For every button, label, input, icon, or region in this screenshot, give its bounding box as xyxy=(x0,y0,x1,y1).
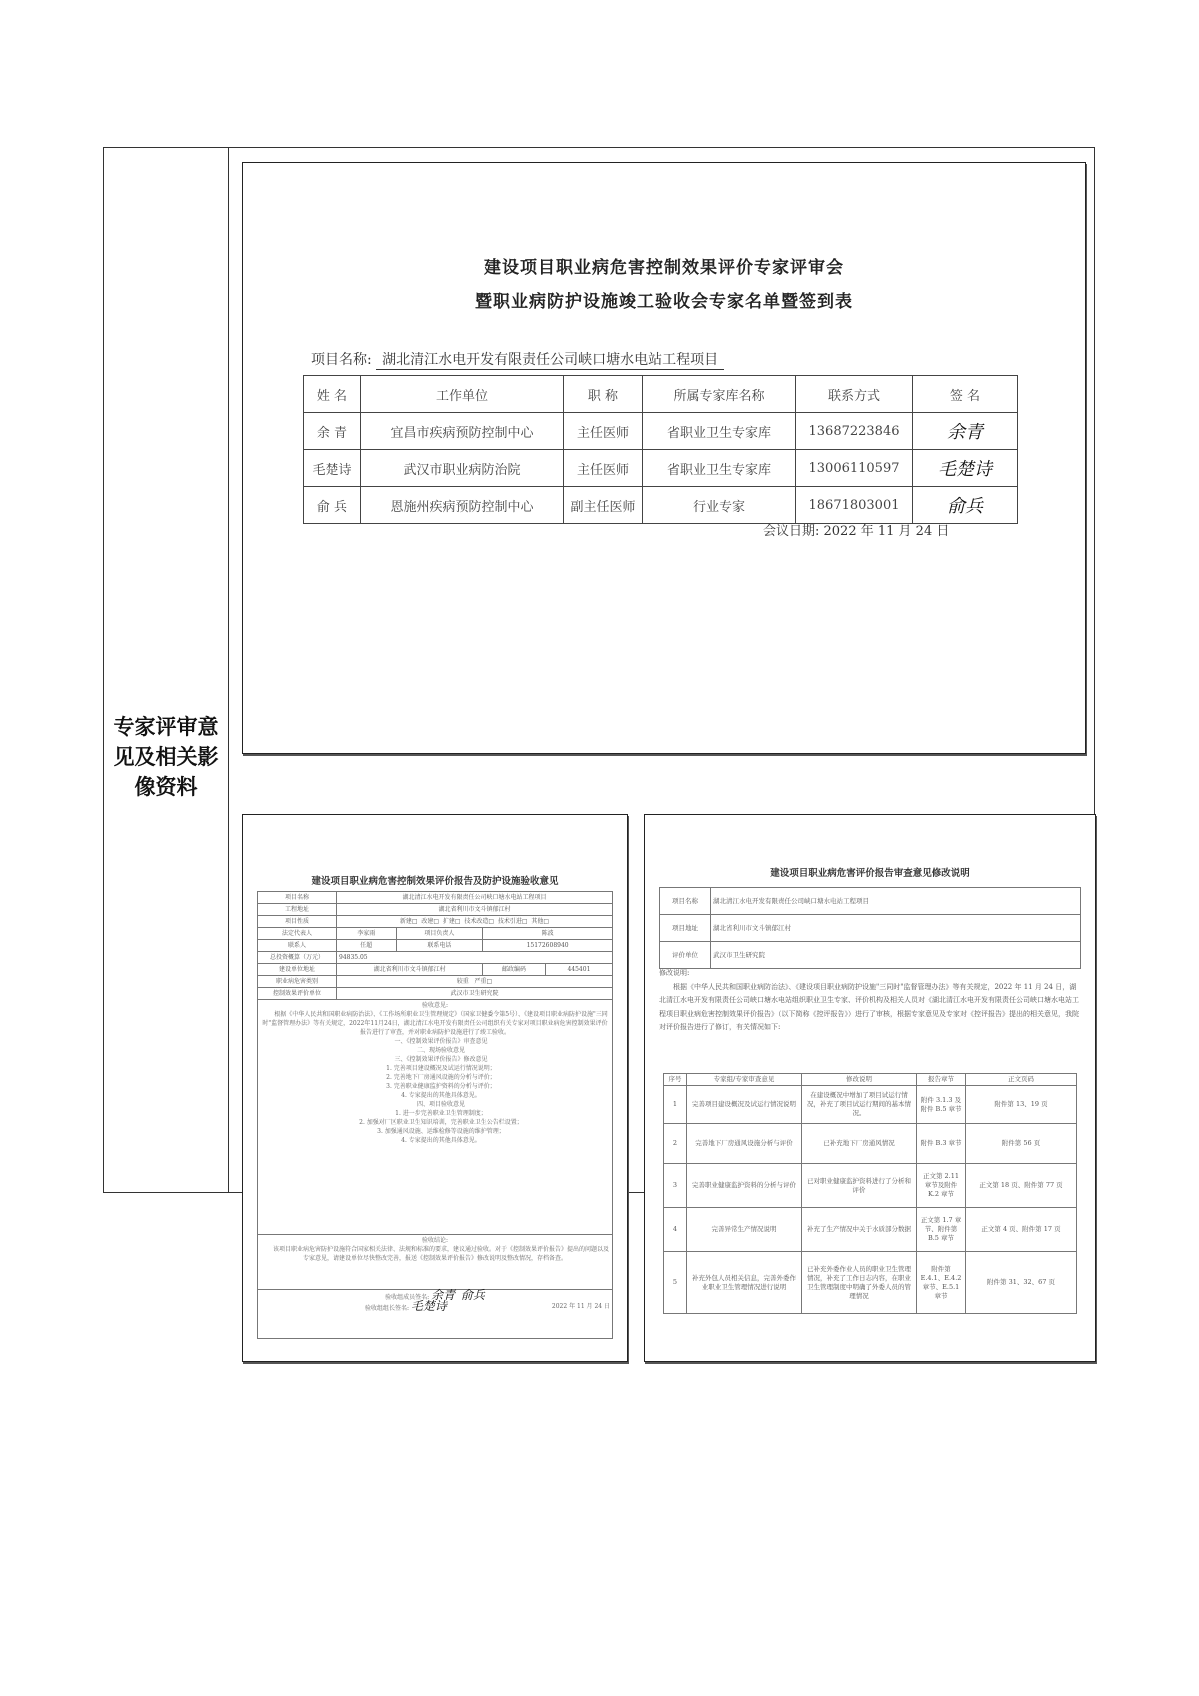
cell-section: 正文第 1.7 章节、附件第 B.5 章节 xyxy=(917,1208,966,1252)
field-label: 邮政编码 xyxy=(483,964,546,976)
section-label: 专家评审意见及相关影像资料 xyxy=(108,712,224,802)
opinion-paragraph: 三、《控制效果评价报告》修改意见 xyxy=(260,1055,610,1064)
field-label: 项目名称 xyxy=(258,892,337,904)
table-row: 1 完善项目建设概况及试运行情况说明 在建设概况中增加了项目试运行情况，补充了项… xyxy=(664,1086,1077,1124)
field-value: 湖北省利川市文斗镇郁江村 xyxy=(711,915,1081,942)
header-section: 报告章节 xyxy=(917,1074,966,1086)
revision-title: 建设项目职业病危害评价报告审查意见修改说明 xyxy=(645,865,1095,879)
revision-notes-image: 建设项目职业病危害评价报告审查意见修改说明 项目名称湖北清江水电开发有限责任公司… xyxy=(644,814,1096,1362)
leader-sign-label: 验收组组长签名: xyxy=(365,1305,409,1312)
cell-no: 5 xyxy=(664,1252,687,1314)
opinion-paragraph: 四、项目验收意见 xyxy=(260,1100,610,1109)
sign-in-sheet-image: 建设项目职业病危害控制效果评价专家评审会 暨职业病防护设施竣工验收会专家名单暨签… xyxy=(242,162,1086,754)
cell-page: 附件第 13、19 页 xyxy=(966,1086,1077,1124)
cell-name: 余 青 xyxy=(304,413,361,450)
cell-library: 省职业卫生专家库 xyxy=(643,450,796,487)
option: 技术引进□ xyxy=(498,918,528,925)
conclusion-heading: 验收结论: xyxy=(260,1236,610,1245)
cell-library: 省职业卫生专家库 xyxy=(643,413,796,450)
cell-opinion: 完善职业健康监护资料的分析与评价 xyxy=(687,1164,802,1208)
table-header-row: 姓 名 工作单位 职 称 所属专家库名称 联系方式 签 名 xyxy=(304,376,1018,413)
header-page: 正文页码 xyxy=(966,1074,1077,1086)
header-name: 姓 名 xyxy=(304,376,361,413)
cell-opinion: 完善项目建设概况及试运行情况说明 xyxy=(687,1086,802,1124)
cell-phone: 13006110597 xyxy=(796,450,913,487)
sign-in-title-line2: 暨职业病防护设施竣工验收会专家名单暨签到表 xyxy=(243,287,1085,312)
cell-change: 已补充外委作业人员的职业卫生管理情况，补充了工作日志内容，在职业卫生管理制度中明… xyxy=(802,1252,917,1314)
opinion-cell: 验收意见: 根据《中华人民共和国职业病防治法》、《工作场所职业卫生管理规定》（国… xyxy=(258,1000,613,1235)
cell-no: 2 xyxy=(664,1124,687,1164)
revision-info-table: 项目名称湖北清江水电开发有限责任公司峡口塘水电站工程项目 项目地址湖北省利川市文… xyxy=(659,887,1081,969)
field-value: 445401 xyxy=(545,964,612,976)
field-value: 15172608940 xyxy=(483,940,613,952)
opinion-paragraph: 3. 加强通风设施、运维检修等设施的维护管理； xyxy=(260,1127,610,1136)
table-row: 俞 兵 恩施州疾病预防控制中心 副主任医师 行业专家 18671803001 俞… xyxy=(304,487,1018,524)
acceptance-title: 建设项目职业病危害控制效果评价报告及防护设施验收意见 xyxy=(243,873,627,887)
revision-body-heading: 修改说明: xyxy=(659,967,1081,981)
cell-title: 主任医师 xyxy=(564,413,643,450)
column-divider xyxy=(228,147,229,1193)
field-label: 项目地址 xyxy=(660,915,711,942)
field-label: 职业病危害类别 xyxy=(258,976,337,988)
header-no: 序号 xyxy=(664,1074,687,1086)
opinion-paragraph: 4. 专家提出的其他具体意见。 xyxy=(260,1136,610,1145)
field-options: 较重 严重□ xyxy=(337,976,613,988)
conclusion-text: 该项目职业病危害防护设施符合国家相关法律、法规和标准的要求，建议通过验收。对于《… xyxy=(260,1245,610,1263)
header-unit: 工作单位 xyxy=(361,376,564,413)
field-value: 湖北清江水电开发有限责任公司峡口塘水电站工程项目 xyxy=(337,892,613,904)
field-value: 湖北清江水电开发有限责任公司峡口塘水电站工程项目 xyxy=(711,888,1081,915)
opinion-paragraph: 一、《控制效果评价报告》审查意见 xyxy=(260,1037,610,1046)
field-label: 工程地址 xyxy=(258,904,337,916)
header-change: 修改说明 xyxy=(802,1074,917,1086)
field-label: 总投资概算（万元） xyxy=(258,952,337,964)
cell-signature: 余青 xyxy=(913,413,1018,450)
field-options: 新建□ 改建□ 扩建□ 技术改造□ 技术引进□ 其他□ xyxy=(337,916,613,928)
cell-no: 4 xyxy=(664,1208,687,1252)
project-name-value: 湖北清江水电开发有限责任公司峡口塘水电站工程项目 xyxy=(376,352,724,370)
header-library: 所属专家库名称 xyxy=(643,376,796,413)
cell-title: 主任医师 xyxy=(564,450,643,487)
cell-change: 已对职业健康监护资料进行了分析和评价 xyxy=(802,1164,917,1208)
cell-no: 1 xyxy=(664,1086,687,1124)
acceptance-opinion-image: 建设项目职业病危害控制效果评价报告及防护设施验收意见 项目名称湖北清江水电开发有… xyxy=(242,814,628,1362)
field-label: 项目名称 xyxy=(660,888,711,915)
cell-opinion: 补充外包人员相关信息，完善外委作业职业卫生管理情况进行说明 xyxy=(687,1252,802,1314)
cell-name: 毛楚诗 xyxy=(304,450,361,487)
sign-in-title-line1: 建设项目职业病危害控制效果评价专家评审会 xyxy=(243,253,1085,278)
header-signature: 签 名 xyxy=(913,376,1018,413)
project-name-line: 项目名称: 湖北清江水电开发有限责任公司峡口塘水电站工程项目 xyxy=(311,349,724,369)
table-row: 余 青 宜昌市疾病预防控制中心 主任医师 省职业卫生专家库 1368722384… xyxy=(304,413,1018,450)
field-label: 评价单位 xyxy=(660,942,711,969)
acceptance-date: 2022 年 11 月 24 日 xyxy=(552,1302,610,1311)
field-label: 项目负责人 xyxy=(396,928,483,940)
signature: 俞兵 xyxy=(461,1288,485,1302)
opinion-paragraph: 4. 专家提出的其他具体意见。 xyxy=(260,1091,610,1100)
header-phone: 联系方式 xyxy=(796,376,913,413)
table-row: 5 补充外包人员相关信息，完善外委作业职业卫生管理情况进行说明 已补充外委作业人… xyxy=(664,1252,1077,1314)
option: 技术改造□ xyxy=(464,918,494,925)
cell-opinion: 完善地下厂房通风设施分析与评价 xyxy=(687,1124,802,1164)
opinion-paragraph: 2. 完善地下厂房通风设施的分析与评价； xyxy=(260,1073,610,1082)
field-value: 湖北省利川市文斗镇郁江村 xyxy=(337,904,613,916)
field-value: 李家雨 xyxy=(337,928,397,940)
revision-body: 修改说明: 根据《中华人民共和国职业病防治法》、《建设项目职业病防护设施"三同时… xyxy=(659,967,1081,1035)
header-title: 职 称 xyxy=(564,376,643,413)
cell-name: 俞 兵 xyxy=(304,487,361,524)
cell-change: 已补充地下厂房通风情况 xyxy=(802,1124,917,1164)
opinion-heading: 验收意见: xyxy=(260,1001,610,1010)
field-label: 法定代表人 xyxy=(258,928,337,940)
conclusion-cell: 验收结论: 该项目职业病危害防护设施符合国家相关法律、法规和标准的要求，建议通过… xyxy=(258,1235,613,1290)
field-value: 陈波 xyxy=(483,928,613,940)
cell-unit: 宜昌市疾病预防控制中心 xyxy=(361,413,564,450)
opinion-paragraph: 二、现场验收意见 xyxy=(260,1046,610,1055)
signature: 毛楚诗 xyxy=(411,1299,447,1313)
cell-library: 行业专家 xyxy=(643,487,796,524)
revision-body-text: 根据《中华人民共和国职业病防治法》、《建设项目职业病防护设施"三同时"监督管理办… xyxy=(659,981,1081,1035)
project-name-label: 项目名称: xyxy=(311,352,372,368)
opinion-paragraph: 1. 进一步完善职业卫生管理制度； xyxy=(260,1109,610,1118)
cell-change: 在建设概况中增加了项目试运行情况，补充了项目试运行期间的基本情况。 xyxy=(802,1086,917,1124)
signature-cell: 验收组成员签名: 余青 俞兵 验收组组长签名: 毛楚诗 2022 年 11 月 … xyxy=(258,1290,613,1339)
field-value: 任超 xyxy=(337,940,397,952)
option: 其他□ xyxy=(531,918,549,925)
field-value: 武汉市卫生研究院 xyxy=(337,988,613,1000)
field-value: 94835.05 xyxy=(337,952,613,964)
cell-page: 附件第 56 页 xyxy=(966,1124,1077,1164)
field-value: 湖北省利川市文斗镇郁江村 xyxy=(337,964,483,976)
table-row: 4 完善异常生产情况说明 补充了生产情况中关于水质部分数据 正文第 1.7 章节… xyxy=(664,1208,1077,1252)
cell-section: 正文第 2.11 章节及附件 K.2 章节 xyxy=(917,1164,966,1208)
field-label: 联系电话 xyxy=(396,940,483,952)
field-label: 控制效果评价单位 xyxy=(258,988,337,1000)
cell-section: 附件 3.1.3 及附件 B.5 章节 xyxy=(917,1086,966,1124)
cell-phone: 13687223846 xyxy=(796,413,913,450)
opinion-paragraph: 根据《中华人民共和国职业病防治法》、《工作场所职业卫生管理规定》（国家卫健委令第… xyxy=(260,1010,610,1037)
cell-section: 附件 B.3 章节 xyxy=(917,1124,966,1164)
cell-no: 3 xyxy=(664,1164,687,1208)
cell-opinion: 完善异常生产情况说明 xyxy=(687,1208,802,1252)
cell-signature: 俞兵 xyxy=(913,487,1018,524)
cell-page: 正文第 18 页、附件第 77 页 xyxy=(966,1164,1077,1208)
header-opinion: 专家组/专家审查意见 xyxy=(687,1074,802,1086)
table-row: 2 完善地下厂房通风设施分析与评价 已补充地下厂房通风情况 附件 B.3 章节 … xyxy=(664,1124,1077,1164)
cell-title: 副主任医师 xyxy=(564,487,643,524)
field-label: 项目性质 xyxy=(258,916,337,928)
field-value: 武汉市卫生研究院 xyxy=(711,942,1081,969)
table-header-row: 序号 专家组/专家审查意见 修改说明 报告章节 正文页码 xyxy=(664,1074,1077,1086)
cell-unit: 恩施州疾病预防控制中心 xyxy=(361,487,564,524)
revision-table: 序号 专家组/专家审查意见 修改说明 报告章节 正文页码 1 完善项目建设概况及… xyxy=(663,1073,1077,1314)
table-row: 毛楚诗 武汉市职业病防治院 主任医师 省职业卫生专家库 13006110597 … xyxy=(304,450,1018,487)
meeting-date: 会议日期: 2022 年 11 月 24 日 xyxy=(763,520,949,539)
cell-page: 附件第 31、32、67 页 xyxy=(966,1252,1077,1314)
field-label: 联系人 xyxy=(258,940,337,952)
cell-change: 补充了生产情况中关于水质部分数据 xyxy=(802,1208,917,1252)
option: 严重□ xyxy=(475,978,493,985)
table-row: 3 完善职业健康监护资料的分析与评价 已对职业健康监护资料进行了分析和评价 正文… xyxy=(664,1164,1077,1208)
opinion-paragraph: 1. 完善项目建设概况及试运行情况说明； xyxy=(260,1064,610,1073)
option: 较重 xyxy=(457,978,469,985)
field-label: 建设单位地址 xyxy=(258,964,337,976)
cell-section: 附件第 E.4.1、E.4.2 章节、E.5.1 章节 xyxy=(917,1252,966,1314)
cell-signature: 毛楚诗 xyxy=(913,450,1018,487)
option: 改建□ xyxy=(421,918,439,925)
option: 新建□ xyxy=(400,918,418,925)
expert-sign-table: 姓 名 工作单位 职 称 所属专家库名称 联系方式 签 名 余 青 宜昌市疾病预… xyxy=(303,375,1018,524)
acceptance-info-table: 项目名称湖北清江水电开发有限责任公司峡口塘水电站工程项目 工程地址湖北省利川市文… xyxy=(257,891,613,1339)
cell-unit: 武汉市职业病防治院 xyxy=(361,450,564,487)
opinion-paragraph: 2. 加强对厂区职业卫生知识培训，完善职业卫生公告栏设置； xyxy=(260,1118,610,1127)
option: 扩建□ xyxy=(443,918,461,925)
opinion-paragraph: 3. 完善职业健康监护资料的分析与评价； xyxy=(260,1082,610,1091)
cell-phone: 18671803001 xyxy=(796,487,913,524)
cell-page: 正文第 4 页、附件第 17 页 xyxy=(966,1208,1077,1252)
